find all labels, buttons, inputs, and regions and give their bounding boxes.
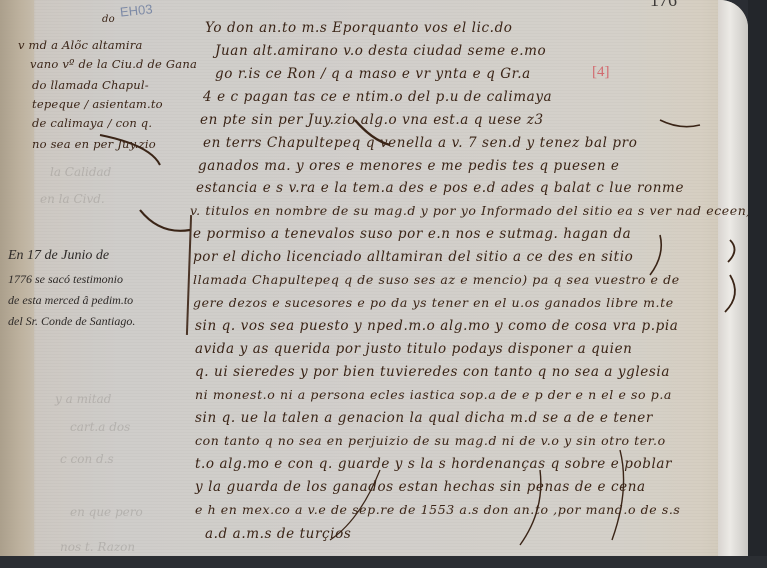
manuscript-page: 176 EH03 [4] do v md a Alõc altamira van… bbox=[0, 0, 748, 556]
pen-flourishes bbox=[0, 0, 748, 556]
background-right bbox=[748, 0, 767, 568]
background-bottom bbox=[0, 556, 767, 568]
